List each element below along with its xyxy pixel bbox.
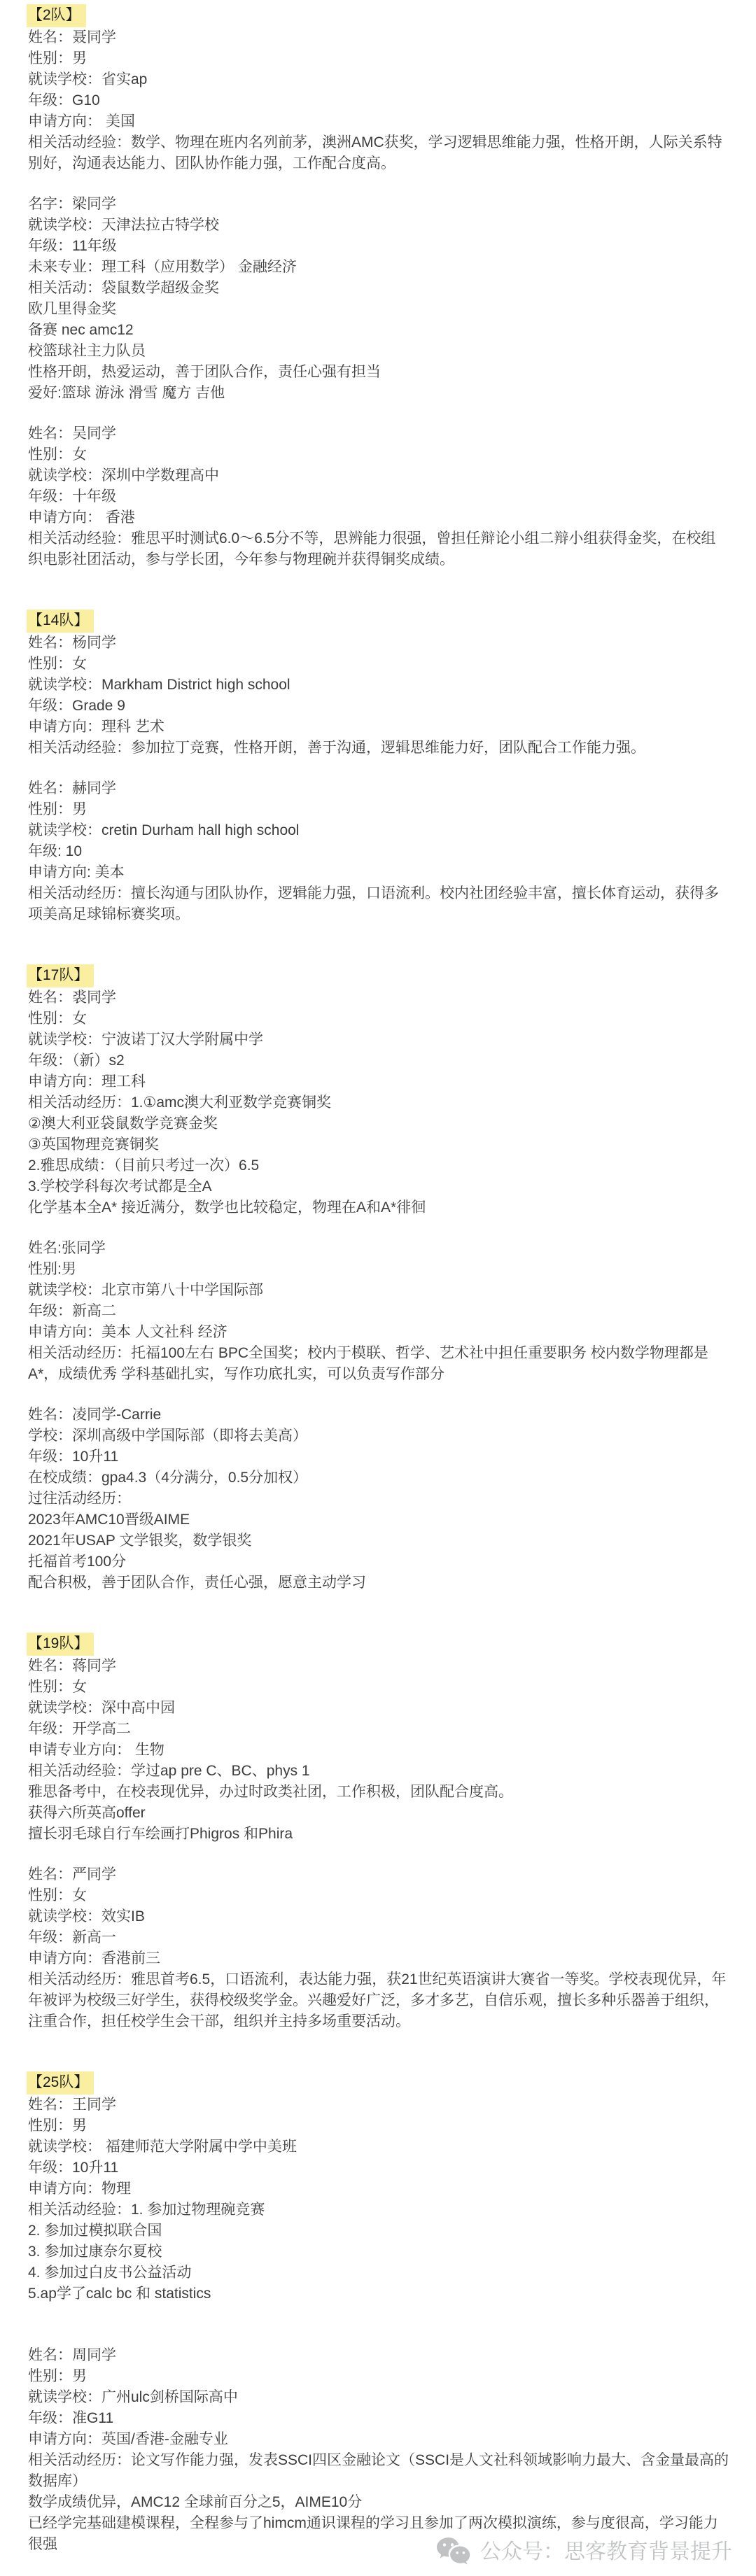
profile-line: 申请方向：香港前三 xyxy=(28,1948,729,1969)
team-header-label: 【17队】 xyxy=(27,964,94,987)
teams-container: 【2队】姓名：聂同学性别：男就读学校：省实ap年级：G10申请方向： 美国相关活… xyxy=(28,4,729,2555)
profile-line: 年级：（新）s2 xyxy=(28,1050,729,1071)
profile-line: 就读学校： 福建师范大学附属中学中美班 xyxy=(28,2137,729,2158)
profile-line: 未来专业：理工科（应用数学） 金融经济 xyxy=(28,257,729,278)
profile-line: ③英国物理竞赛铜奖 xyxy=(28,1134,729,1155)
team-header-label: 【25队】 xyxy=(27,2071,94,2095)
profile-line: 姓名：聂同学 xyxy=(28,27,729,48)
team-section: 【19队】姓名：蒋同学性别：女就读学校：深中高中园年级：开学高二申请专业方向： … xyxy=(28,1633,729,2032)
profile-line: 相关活动经验：雅思平时测试6.0～6.5分不等，思辨能力很强，曾担任辩论小组二辩… xyxy=(28,528,729,570)
profile-line: 欧几里得金奖 xyxy=(28,299,729,320)
profile-line: 相关活动经历：雅思首考6.5，口语流利，表达能力强，获21世纪英语演讲大赛省一等… xyxy=(28,1969,729,2032)
profile-line: 就读学校：北京市第八十中学国际部 xyxy=(28,1280,729,1301)
profile-line: 年级：10升11 xyxy=(28,1447,729,1468)
team-section: 【14队】姓名：杨同学性别：女就读学校：Markham District hig… xyxy=(28,610,729,925)
student-block: 姓名：吴同学性别：女就读学校：深圳中学数理高中年级：十年级申请方向： 香港相关活… xyxy=(28,423,729,570)
profile-line: 性别：女 xyxy=(28,654,729,675)
profile-line: 相关活动经验：1. 参加过物理碗竞赛 xyxy=(28,2200,729,2220)
profile-line: 申请方向：理科 艺术 xyxy=(28,717,729,738)
profile-line: 相关活动经历：论文写作能力强，发表SSCI四区金融论文（SSCI是人文社科领域影… xyxy=(28,2450,729,2492)
profile-line: 性别：男 xyxy=(28,2116,729,2137)
student-block: 姓名：杨同学性别：女就读学校：Markham District high sch… xyxy=(28,633,729,759)
team-header: 【2队】 xyxy=(28,4,729,27)
student-block: 姓名：严同学性别：女就读学校：效实IB年级：新高一申请方向：香港前三相关活动经历… xyxy=(28,1864,729,2032)
profile-line: 相关活动经验：学过ap pre C、BC、phys 1 xyxy=(28,1761,729,1782)
profile-line: 年级：准G11 xyxy=(28,2408,729,2429)
profile-line: 数学成绩优异，AMC12 全球前百分之5，AIME10分 xyxy=(28,2492,729,2513)
student-block: 姓名：凌同学-Carrie学校：深圳高级中学国际部（即将去美高）年级：10升11… xyxy=(28,1405,729,1593)
profile-line: 2. 参加过模拟联合国 xyxy=(28,2220,729,2241)
profile-line: 在校成绩：gpa4.3（4分满分，0.5分加权） xyxy=(28,1468,729,1488)
profile-line: 3.学校学科每次考试都是全A xyxy=(28,1176,729,1197)
profile-line: 申请方向：物理 xyxy=(28,2179,729,2200)
profile-line: 2023年AMC10晋级AIME xyxy=(28,1509,729,1530)
profile-line: 就读学校：cretin Durham hall high school xyxy=(28,820,729,841)
profile-line: 相关活动经历：1.①amc澳大利亚数学竞赛铜奖 xyxy=(28,1092,729,1113)
profile-line: 2.雅思成绩：（目前只考过一次）6.5 xyxy=(28,1155,729,1176)
profile-line: 就读学校：Markham District high school xyxy=(28,675,729,696)
profile-line: 就读学校：宁波诺丁汉大学附属中学 xyxy=(28,1029,729,1050)
student-block: 姓名:张同学性别:男就读学校：北京市第八十中学国际部年级：新高二申请方向：美本 … xyxy=(28,1238,729,1385)
profile-line: 擅长羽毛球自行车绘画打Phigros 和Phira xyxy=(28,1824,729,1845)
profile-line: 托福首考100分 xyxy=(28,1551,729,1572)
team-header-label: 【2队】 xyxy=(27,4,86,27)
team-header: 【19队】 xyxy=(28,1633,729,1656)
profile-line: 已经学完基础建模课程，全程参与了himcm通识课程的学习且参加了两次模拟演练，参… xyxy=(28,2513,729,2555)
profile-line: 姓名：裘同学 xyxy=(28,987,729,1008)
profile-line: 申请方向: 美本 xyxy=(28,862,729,883)
profile-line: 姓名：蒋同学 xyxy=(28,1656,729,1677)
profile-line: 4. 参加过白皮书公益活动 xyxy=(28,2262,729,2283)
profile-line: 获得六所英高offer xyxy=(28,1803,729,1824)
profile-line: 年级：新高一 xyxy=(28,1927,729,1948)
student-block: 姓名：王同学性别：男就读学校： 福建师范大学附属中学中美班年级：10升11申请方… xyxy=(28,2095,729,2304)
profile-line: 申请方向：美本 人文社科 经济 xyxy=(28,1322,729,1343)
profile-line: 相关活动经验：数学、物理在班内名列前茅，澳洲AMC获奖，学习逻辑思维能力强，性格… xyxy=(28,132,729,174)
profile-line: 名字：梁同学 xyxy=(28,194,729,215)
profile-line: 化学基本全A* 接近满分，数学也比较稳定，物理在A和A*徘徊 xyxy=(28,1197,729,1218)
profile-line: 就读学校：深中高中园 xyxy=(28,1698,729,1719)
profile-line: 校篮球社主力队员 xyxy=(28,341,729,362)
profile-line: 年级: 10 xyxy=(28,841,729,862)
student-block: 姓名：裘同学性别：女就读学校：宁波诺丁汉大学附属中学年级：（新）s2申请方向：理… xyxy=(28,987,729,1218)
profile-line: 姓名：严同学 xyxy=(28,1864,729,1885)
profile-line: 年级：开学高二 xyxy=(28,1719,729,1740)
profile-line: 姓名：王同学 xyxy=(28,2095,729,2116)
profile-line: 姓名：赫同学 xyxy=(28,778,729,799)
profile-line: 申请方向：英国/香港-金融专业 xyxy=(28,2429,729,2450)
profile-line: 性别：女 xyxy=(28,1008,729,1029)
team-header: 【25队】 xyxy=(28,2071,729,2095)
profile-line: 姓名：吴同学 xyxy=(28,423,729,444)
profile-line: 配合积极，善于团队合作，责任心强，愿意主动学习 xyxy=(28,1572,729,1593)
team-section: 【25队】姓名：王同学性别：男就读学校： 福建师范大学附属中学中美班年级：10升… xyxy=(28,2071,729,2555)
student-block: 名字：梁同学就读学校：天津法拉古特学校年级：11年级未来专业：理工科（应用数学）… xyxy=(28,194,729,404)
student-block: 姓名：蒋同学性别：女就读学校：深中高中园年级：开学高二申请专业方向： 生物相关活… xyxy=(28,1656,729,1845)
profile-line: 就读学校：广州ulc剑桥国际高中 xyxy=(28,2387,729,2408)
profile-line: 就读学校：省实ap xyxy=(28,69,729,90)
team-section: 【2队】姓名：聂同学性别：男就读学校：省实ap年级：G10申请方向： 美国相关活… xyxy=(28,4,729,570)
team-header-label: 【19队】 xyxy=(27,1633,94,1656)
team-section: 【17队】姓名：裘同学性别：女就读学校：宁波诺丁汉大学附属中学年级：（新）s2申… xyxy=(28,964,729,1593)
profile-line: 性格开朗，热爱运动，善于团队合作，责任心强有担当 xyxy=(28,362,729,383)
profile-line: 年级：十年级 xyxy=(28,486,729,507)
profile-line: 3. 参加过康奈尔夏校 xyxy=(28,2241,729,2262)
profile-line: 爱好:篮球 游泳 滑雪 魔方 吉他 xyxy=(28,383,729,404)
profile-line: 性别：女 xyxy=(28,1677,729,1698)
profile-line: 性别：男 xyxy=(28,799,729,820)
team-header: 【17队】 xyxy=(28,964,729,987)
profile-line: 备赛 nec amc12 xyxy=(28,320,729,341)
profile-line: 年级：新高二 xyxy=(28,1301,729,1322)
profile-line: 就读学校：天津法拉古特学校 xyxy=(28,215,729,236)
profile-line: ②澳大利亚袋鼠数学竞赛金奖 xyxy=(28,1113,729,1134)
profile-line: 申请专业方向： 生物 xyxy=(28,1740,729,1761)
profile-line: 相关活动经历：托福100左右 BPC全国奖；校内于模联、哲学、艺术社中担任重要职… xyxy=(28,1343,729,1385)
profile-line: 过往活动经历： xyxy=(28,1488,729,1509)
profile-line: 相关活动经验：参加拉丁竞赛，性格开朗，善于沟通，逻辑思维能力好，团队配合工作能力… xyxy=(28,738,729,759)
profile-line: 性别：女 xyxy=(28,1885,729,1906)
profile-line: 学校：深圳高级中学国际部（即将去美高） xyxy=(28,1426,729,1447)
profile-line: 雅思备考中，在校表现优异，办过时政类社团，工作积极，团队配合度高。 xyxy=(28,1782,729,1803)
profile-line: 相关活动：袋鼠数学超级金奖 xyxy=(28,278,729,299)
profile-line: 年级：Grade 9 xyxy=(28,696,729,717)
profile-line: 就读学校：效实IB xyxy=(28,1906,729,1927)
profile-line: 年级：G10 xyxy=(28,90,729,111)
document: 【2队】姓名：聂同学性别：男就读学校：省实ap年级：G10申请方向： 美国相关活… xyxy=(0,0,756,2576)
team-header-label: 【14队】 xyxy=(27,610,94,633)
profile-line: 就读学校：深圳中学数理高中 xyxy=(28,465,729,486)
profile-line: 姓名:张同学 xyxy=(28,1238,729,1259)
student-block: 姓名：周同学性别：男就读学校：广州ulc剑桥国际高中年级：准G11申请方向：英国… xyxy=(28,2345,729,2555)
profile-line: 姓名：周同学 xyxy=(28,2345,729,2366)
student-block: 姓名：赫同学性别：男就读学校：cretin Durham hall high s… xyxy=(28,778,729,925)
profile-line: 性别：女 xyxy=(28,444,729,465)
profile-line: 性别:男 xyxy=(28,1259,729,1280)
student-block: 姓名：聂同学性别：男就读学校：省实ap年级：G10申请方向： 美国相关活动经验：… xyxy=(28,27,729,174)
profile-line: 申请方向： 香港 xyxy=(28,507,729,528)
profile-line: 年级：11年级 xyxy=(28,236,729,257)
profile-line: 姓名：杨同学 xyxy=(28,633,729,654)
profile-line: 申请方向：理工科 xyxy=(28,1071,729,1092)
profile-line: 性别：男 xyxy=(28,48,729,69)
profile-line: 年级：10升11 xyxy=(28,2158,729,2179)
profile-line: 性别：男 xyxy=(28,2366,729,2387)
profile-line: 相关活动经历：擅长沟通与团队协作，逻辑能力强，口语流利。校内社团经验丰富，擅长体… xyxy=(28,883,729,925)
team-header: 【14队】 xyxy=(28,610,729,633)
profile-line: 5.ap学了calc bc 和 statistics xyxy=(28,2283,729,2304)
profile-line: 姓名：凌同学-Carrie xyxy=(28,1405,729,1426)
profile-line: 申请方向： 美国 xyxy=(28,111,729,132)
profile-line: 2021年USAP 文学银奖，数学银奖 xyxy=(28,1530,729,1551)
